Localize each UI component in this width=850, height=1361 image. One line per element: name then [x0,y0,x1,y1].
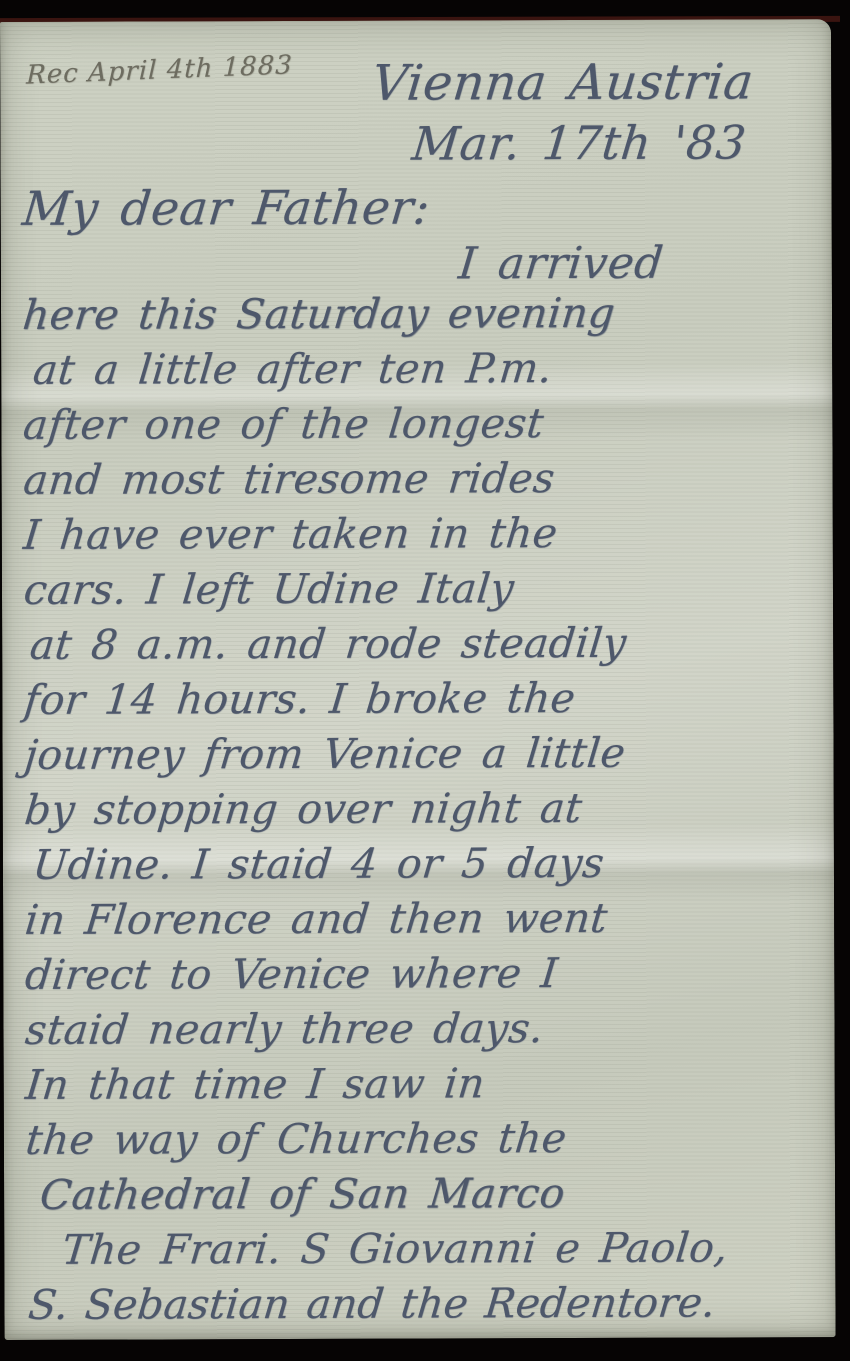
letter-place-heading: Vienna Austria [369,53,756,111]
letter-salutation: My dear Father: [20,180,433,236]
letter-line: in Florence and then went [22,890,823,948]
scanned-letter-image: Rec April 4th 1883 Vienna Austria Mar. 1… [0,0,850,1361]
letter-line: journey from Venice a little [22,725,823,783]
letter-line: for 14 hours. I broke the [22,670,823,728]
letter-line: at 8 a.m. and rode steadily [21,615,822,673]
letter-line: The Frari. S Giovanni e Paolo, [23,1220,824,1278]
letter-date-heading: Mar. 17th '83 [410,115,749,170]
letter-line: the way of Churches the [23,1110,824,1168]
letter-line: at a little after ten P.m. [20,340,821,398]
letter-line: In that time I saw in [23,1055,824,1113]
letter-line: staid nearly three days. [23,1000,824,1058]
letter-line: I have ever taken in the [21,505,822,563]
letter-line: direct to Venice where I [23,945,824,1003]
letter-line: S. Sebastian and the Redentore. [24,1275,825,1333]
letter-line: and most tiresome rides [21,450,822,508]
letter-opening-line: I arrived [456,238,665,290]
letter-line: here this Saturday evening [20,285,821,343]
letter-line: Cathedral of San Marco [23,1165,824,1223]
letter-line: after one of the longest [21,395,822,453]
received-date-annotation: Rec April 4th 1883 [26,50,293,90]
letter-line: by stopping over night at [22,780,823,838]
letter-page: Rec April 4th 1883 Vienna Austria Mar. 1… [0,19,836,1340]
letter-body: here this Saturday evening at a little a… [23,285,822,1333]
letter-line: cars. I left Udine Italy [21,560,822,618]
letter-line: Udine. I staid 4 or 5 days [22,835,823,893]
